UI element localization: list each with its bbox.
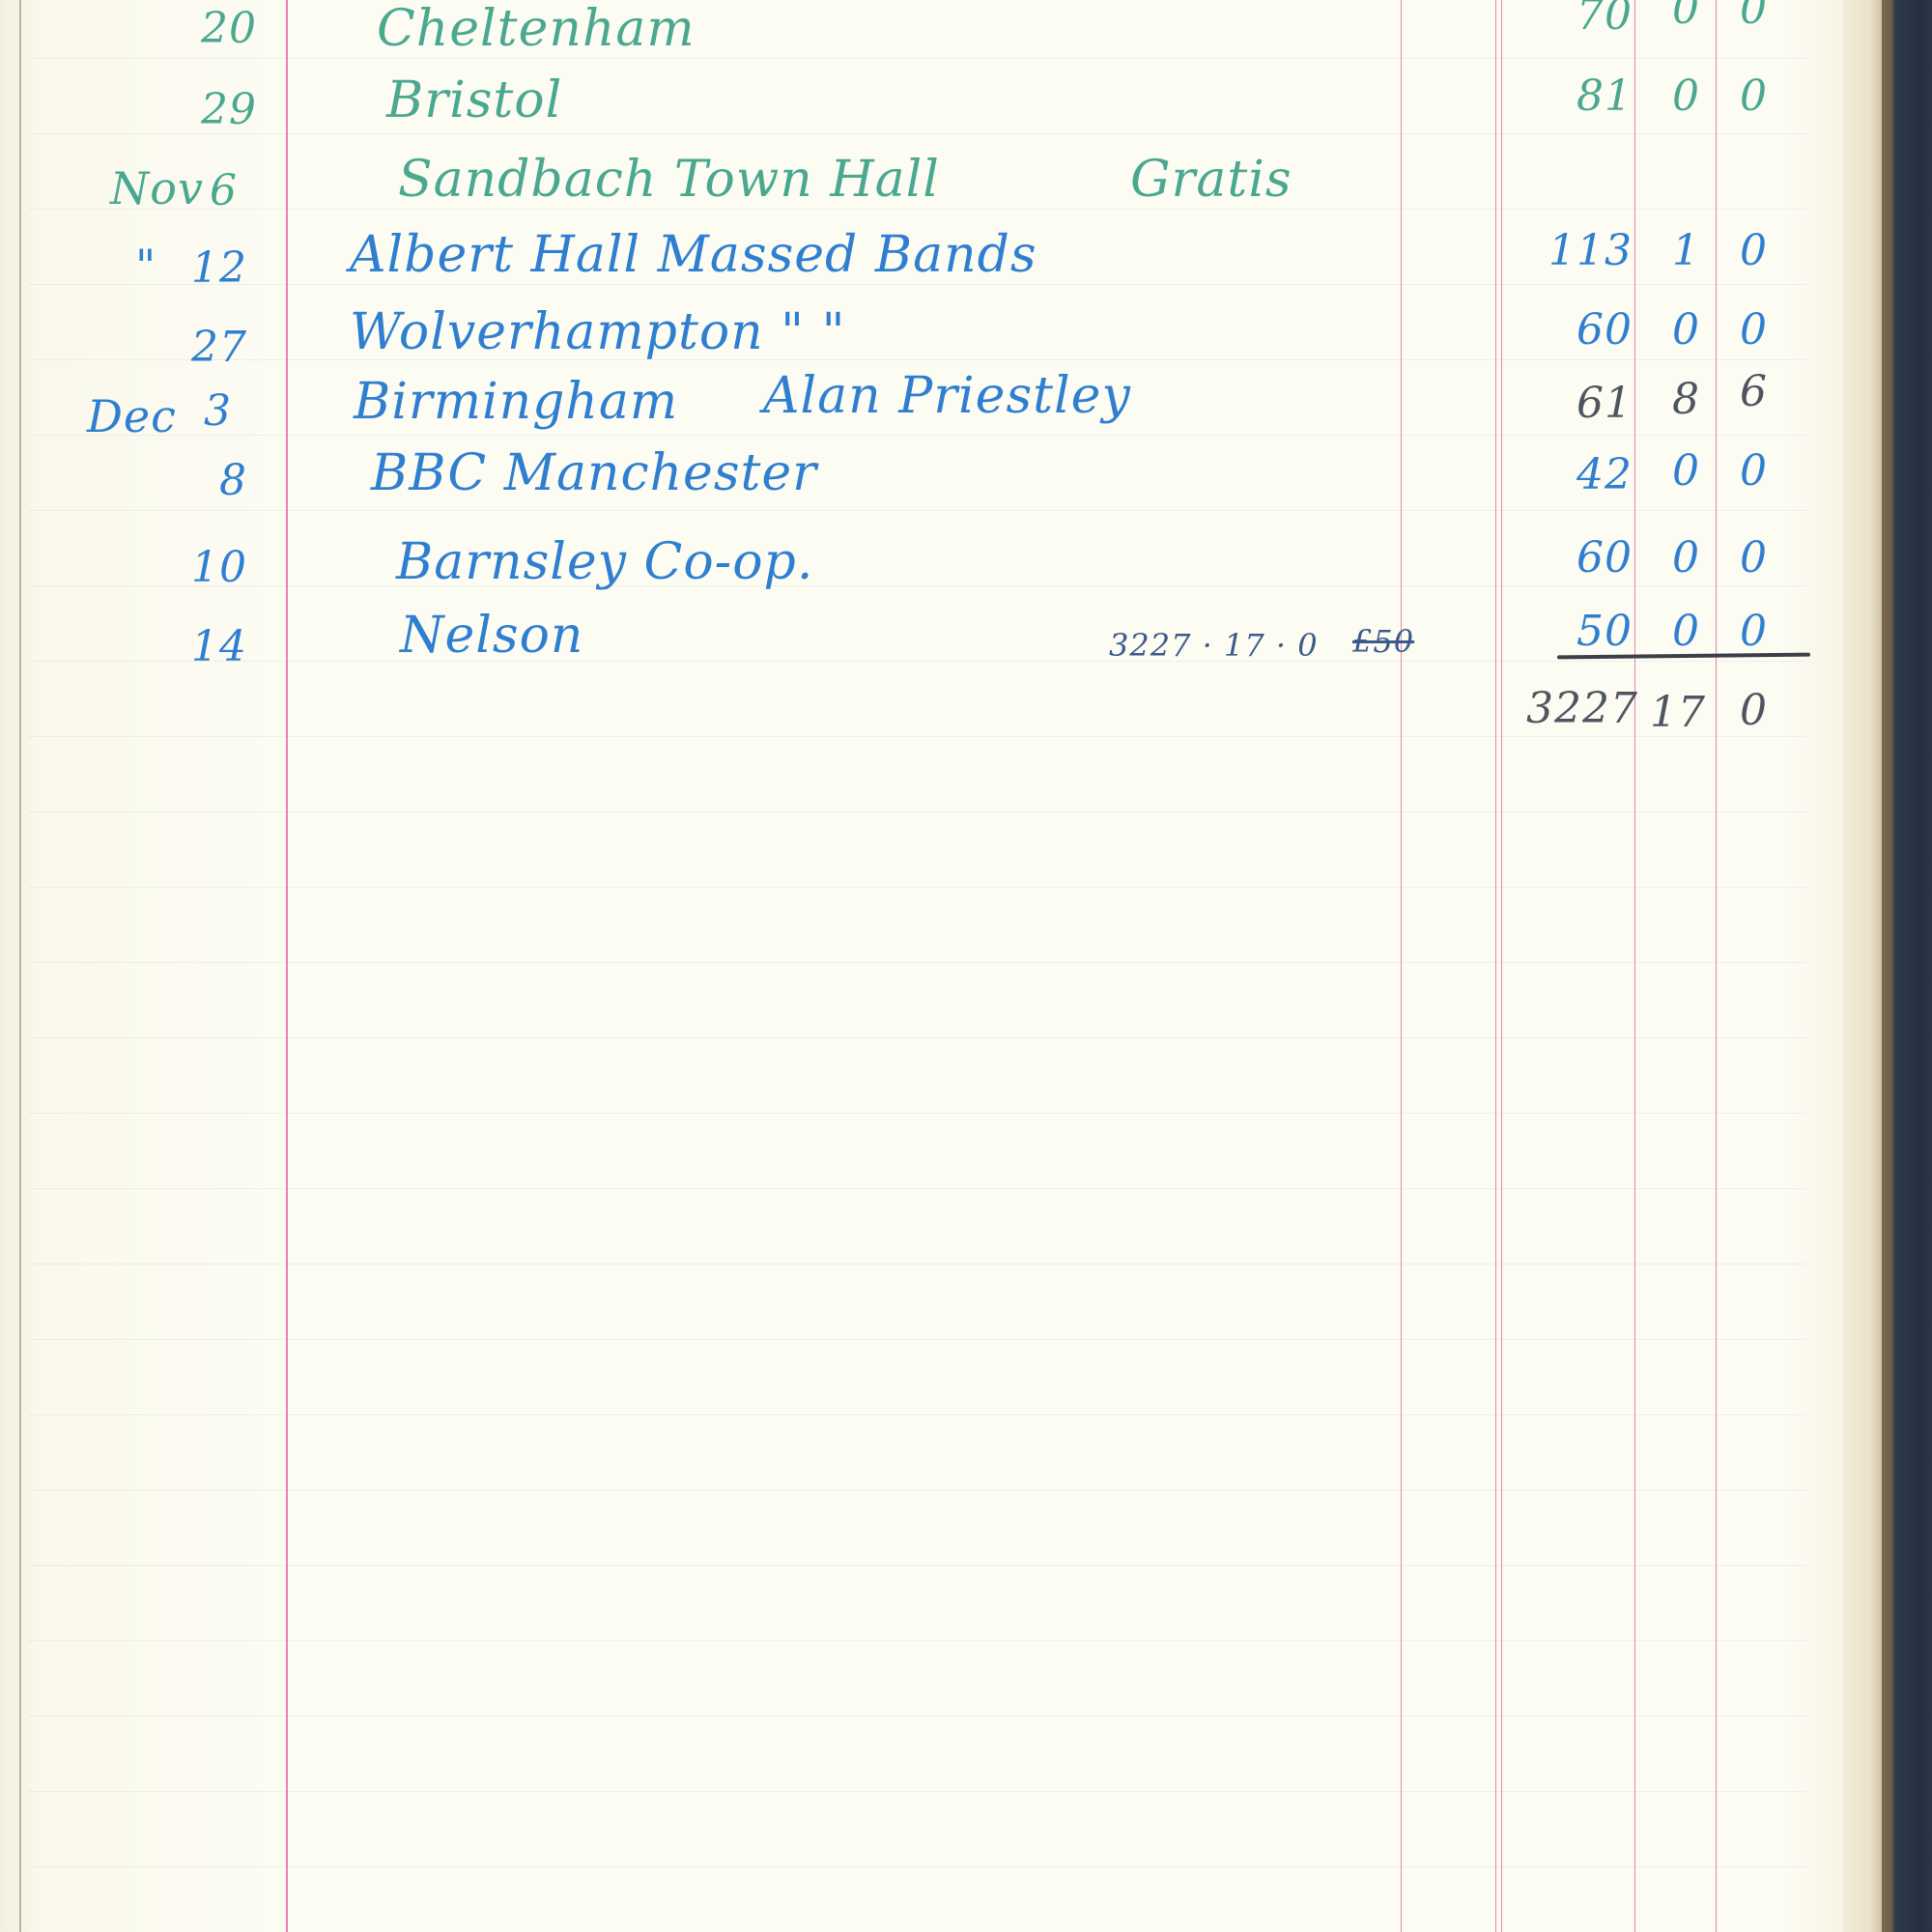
ruled-line [29,58,1806,59]
entry-pence: 0 [1729,75,1768,118]
ruled-line [29,359,1806,360]
total-pence: 0 [1729,690,1768,732]
description-column-rule [1401,0,1402,1932]
entry-description: Barnsley Co-op. [396,537,813,587]
ruled-line [29,1037,1806,1038]
entry-pounds: 42 [1555,454,1633,497]
entry-date: 14 [160,626,247,668]
date-column-rule [286,0,288,1932]
entry-shillings: 0 [1662,75,1700,118]
total-pounds: 3227 [1526,688,1634,730]
entry-description: Birmingham [354,377,678,427]
ruled-line [29,962,1806,963]
entry-description: BBC Manchester [371,448,817,498]
entry-pence: 0 [1729,611,1768,653]
ruled-line [29,1188,1806,1189]
entry-date: 10 [160,547,247,589]
page-left-edge [19,0,21,1932]
ruled-line [29,1640,1806,1641]
entry-date: 27 [160,327,247,369]
ruled-line [29,811,1806,812]
book-binding [1882,0,1932,1932]
ruled-line [29,284,1806,285]
entry-note: Gratis [1130,155,1293,205]
entry-date: 3 [155,390,232,433]
entry-date: 29 [170,89,257,131]
entry-pounds: 61 [1546,383,1633,425]
entry-pounds: 81 [1555,75,1633,118]
entry-pounds: 60 [1555,309,1633,352]
entry-date: 8 [160,460,247,502]
entry-date: 12 [160,247,247,290]
entry-description: Cheltenham [377,4,696,54]
entry-description: Wolverhampton " " [350,307,846,357]
ruled-line [29,1113,1806,1114]
ruled-line [29,1866,1806,1867]
ruled-line [29,736,1806,737]
ruled-line [29,1716,1806,1717]
shillings-column-rule [1716,0,1717,1932]
page-stack-edge [1843,0,1882,1932]
entry-pence: 0 [1729,0,1768,31]
ruled-line [29,209,1806,210]
double-rule-left [1495,0,1496,1932]
entry-description: Albert Hall Massed Bands [350,230,1037,280]
entry-date: 20 [170,8,257,50]
entry-month-ditto: " [135,243,156,288]
ruled-line [29,585,1806,586]
ruled-line [29,887,1806,888]
ruled-line [29,1565,1806,1566]
entry-shillings: 0 [1662,537,1700,580]
ruled-line [29,510,1806,511]
entry-shillings: 0 [1662,611,1700,653]
total-shillings: 17 [1648,692,1706,734]
entry-shillings: 8 [1662,379,1700,421]
ruled-line [29,661,1806,662]
ruled-line [29,1490,1806,1491]
entry-shillings: 0 [1662,0,1700,31]
ruled-line [29,133,1806,134]
entry-pence: 0 [1729,230,1768,272]
entry-shillings: 1 [1662,230,1700,272]
entry-description: Sandbach Town Hall [398,155,940,205]
entry-description: Bristol [386,75,562,126]
entry-pounds: 60 [1555,537,1633,580]
double-rule-right [1501,0,1502,1932]
entry-pounds: 70 [1555,0,1633,37]
ruled-line [29,1791,1806,1792]
entry-shillings: 0 [1662,450,1700,493]
entry-note: Alan Priestley [763,371,1131,421]
pounds-column-rule [1634,0,1635,1932]
entry-pounds: 113 [1536,230,1633,272]
entry-pence: 6 [1729,371,1768,413]
ruled-line [29,1414,1806,1415]
ruled-line [29,1264,1806,1264]
entry-shillings: 0 [1662,309,1700,352]
entry-pounds: 50 [1555,611,1633,653]
ruled-line [29,1339,1806,1340]
entry-date: 6 [160,170,238,213]
entry-description: Nelson [400,611,583,661]
entry-pence: 0 [1729,450,1768,493]
entry-pence: 0 [1729,309,1768,352]
margin-total: 3227 · 17 · 0 [1109,630,1319,661]
margin-struck-amount: £50 [1352,626,1414,657]
entry-pence: 0 [1729,537,1768,580]
ruled-line [29,435,1806,436]
ledger-page: 20 Cheltenham 70 0 0 29 Bristol 81 0 0 N… [0,0,1893,1932]
